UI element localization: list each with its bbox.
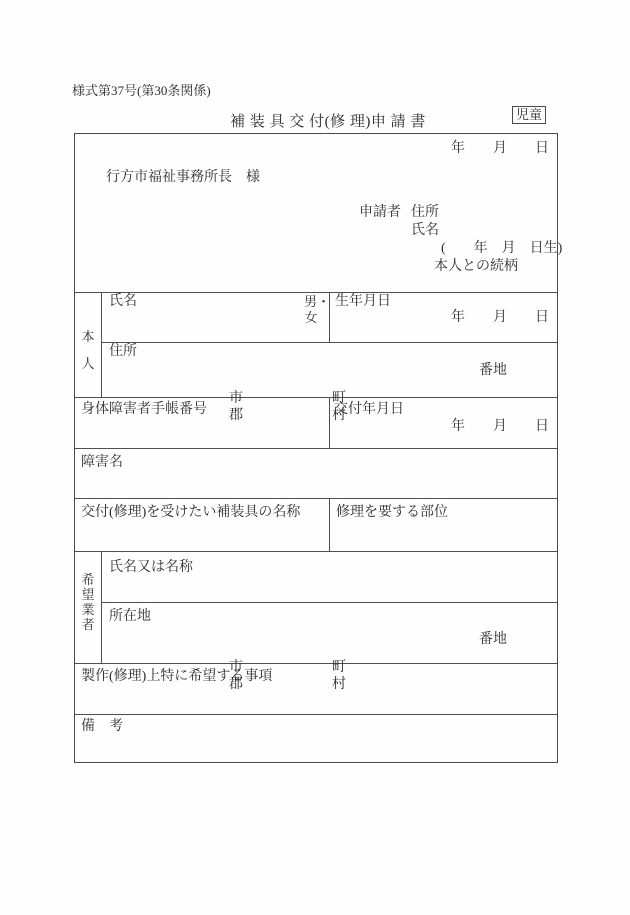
vendor-name-label[interactable]: 氏名又は名称	[109, 560, 193, 576]
day-label: 日	[535, 311, 549, 325]
person-name-label[interactable]: 氏名	[109, 294, 137, 310]
village-label: 村	[332, 676, 353, 693]
day-label: 日	[535, 142, 549, 156]
certificate-issue-date-label[interactable]: 交付年月日	[334, 402, 404, 418]
month-label: 月	[493, 142, 507, 156]
person-birthdate-field[interactable]: 年月日	[451, 311, 549, 325]
vendor-location-label[interactable]: 所在地	[109, 609, 151, 625]
device-name-label[interactable]: 交付(修理)を受けたい補装具の名称	[81, 505, 300, 521]
divider	[101, 551, 102, 663]
form-title: 補 装 具 交 付(修 理)申 請 書	[230, 110, 426, 131]
applicant-name-label[interactable]: 氏名	[411, 223, 439, 239]
addressee: 行方市福祉事務所長 様	[106, 170, 260, 186]
application-date-field[interactable]: 年月日	[451, 142, 549, 156]
applicant-address-label[interactable]: 住所	[411, 205, 439, 221]
divider	[101, 342, 557, 343]
person-birthdate-label[interactable]: 生年月日	[335, 294, 391, 310]
divider	[329, 397, 330, 448]
divider	[75, 551, 557, 552]
month-label: 月	[493, 420, 507, 434]
repair-part-label[interactable]: 修理を要する部位	[336, 505, 448, 521]
form-outline: 年月日 行方市福祉事務所長 様 申請者 住所 氏名 ( 年 月 日生) 本人との…	[74, 133, 558, 763]
year-label: 年	[451, 142, 465, 156]
form-number: 様式第37号(第30条関係)	[72, 84, 211, 99]
year-label: 年	[451, 420, 465, 434]
vendor-town-village-label: 町村	[332, 625, 353, 727]
divider	[101, 292, 102, 397]
person-group-label: 本人	[81, 323, 95, 377]
certificate-number-label[interactable]: 身体障害者手帳番号	[81, 402, 207, 418]
person-city-county-label: 市郡	[229, 356, 250, 458]
person-sex-options[interactable]: 男・女	[304, 294, 318, 326]
applicant-label: 申請者	[359, 205, 401, 221]
city-label: 市	[229, 390, 250, 407]
divider	[75, 714, 557, 715]
town-label: 町	[332, 659, 353, 676]
child-category-badge: 児童	[512, 106, 546, 124]
divider	[75, 448, 557, 449]
applicant-birthdate-note[interactable]: ( 年 月 日生)	[441, 241, 562, 257]
application-form-page: 様式第37号(第30条関係) 補 装 具 交 付(修 理)申 請 書 児童 年月…	[0, 0, 630, 915]
divider	[75, 397, 557, 398]
divider	[75, 292, 557, 293]
certificate-issue-date-field[interactable]: 年月日	[451, 420, 549, 434]
special-request-label[interactable]: 製作(修理)上特に希望する事項	[81, 669, 272, 685]
divider	[329, 498, 330, 551]
county-label: 郡	[229, 407, 250, 424]
day-label: 日	[535, 420, 549, 434]
divider	[75, 663, 557, 664]
applicant-relation-label[interactable]: 本人との続柄	[434, 259, 518, 275]
divider	[75, 498, 557, 499]
remarks-label[interactable]: 備 考	[81, 719, 123, 735]
vendor-lot-label: 番地	[479, 632, 507, 648]
person-address-label[interactable]: 住所	[109, 344, 137, 360]
divider	[101, 602, 557, 603]
month-label: 月	[493, 311, 507, 325]
year-label: 年	[451, 311, 465, 325]
person-lot-label: 番地	[479, 363, 507, 379]
vendor-group-label: 希望業者	[81, 572, 95, 632]
disability-name-label[interactable]: 障害名	[81, 455, 123, 471]
